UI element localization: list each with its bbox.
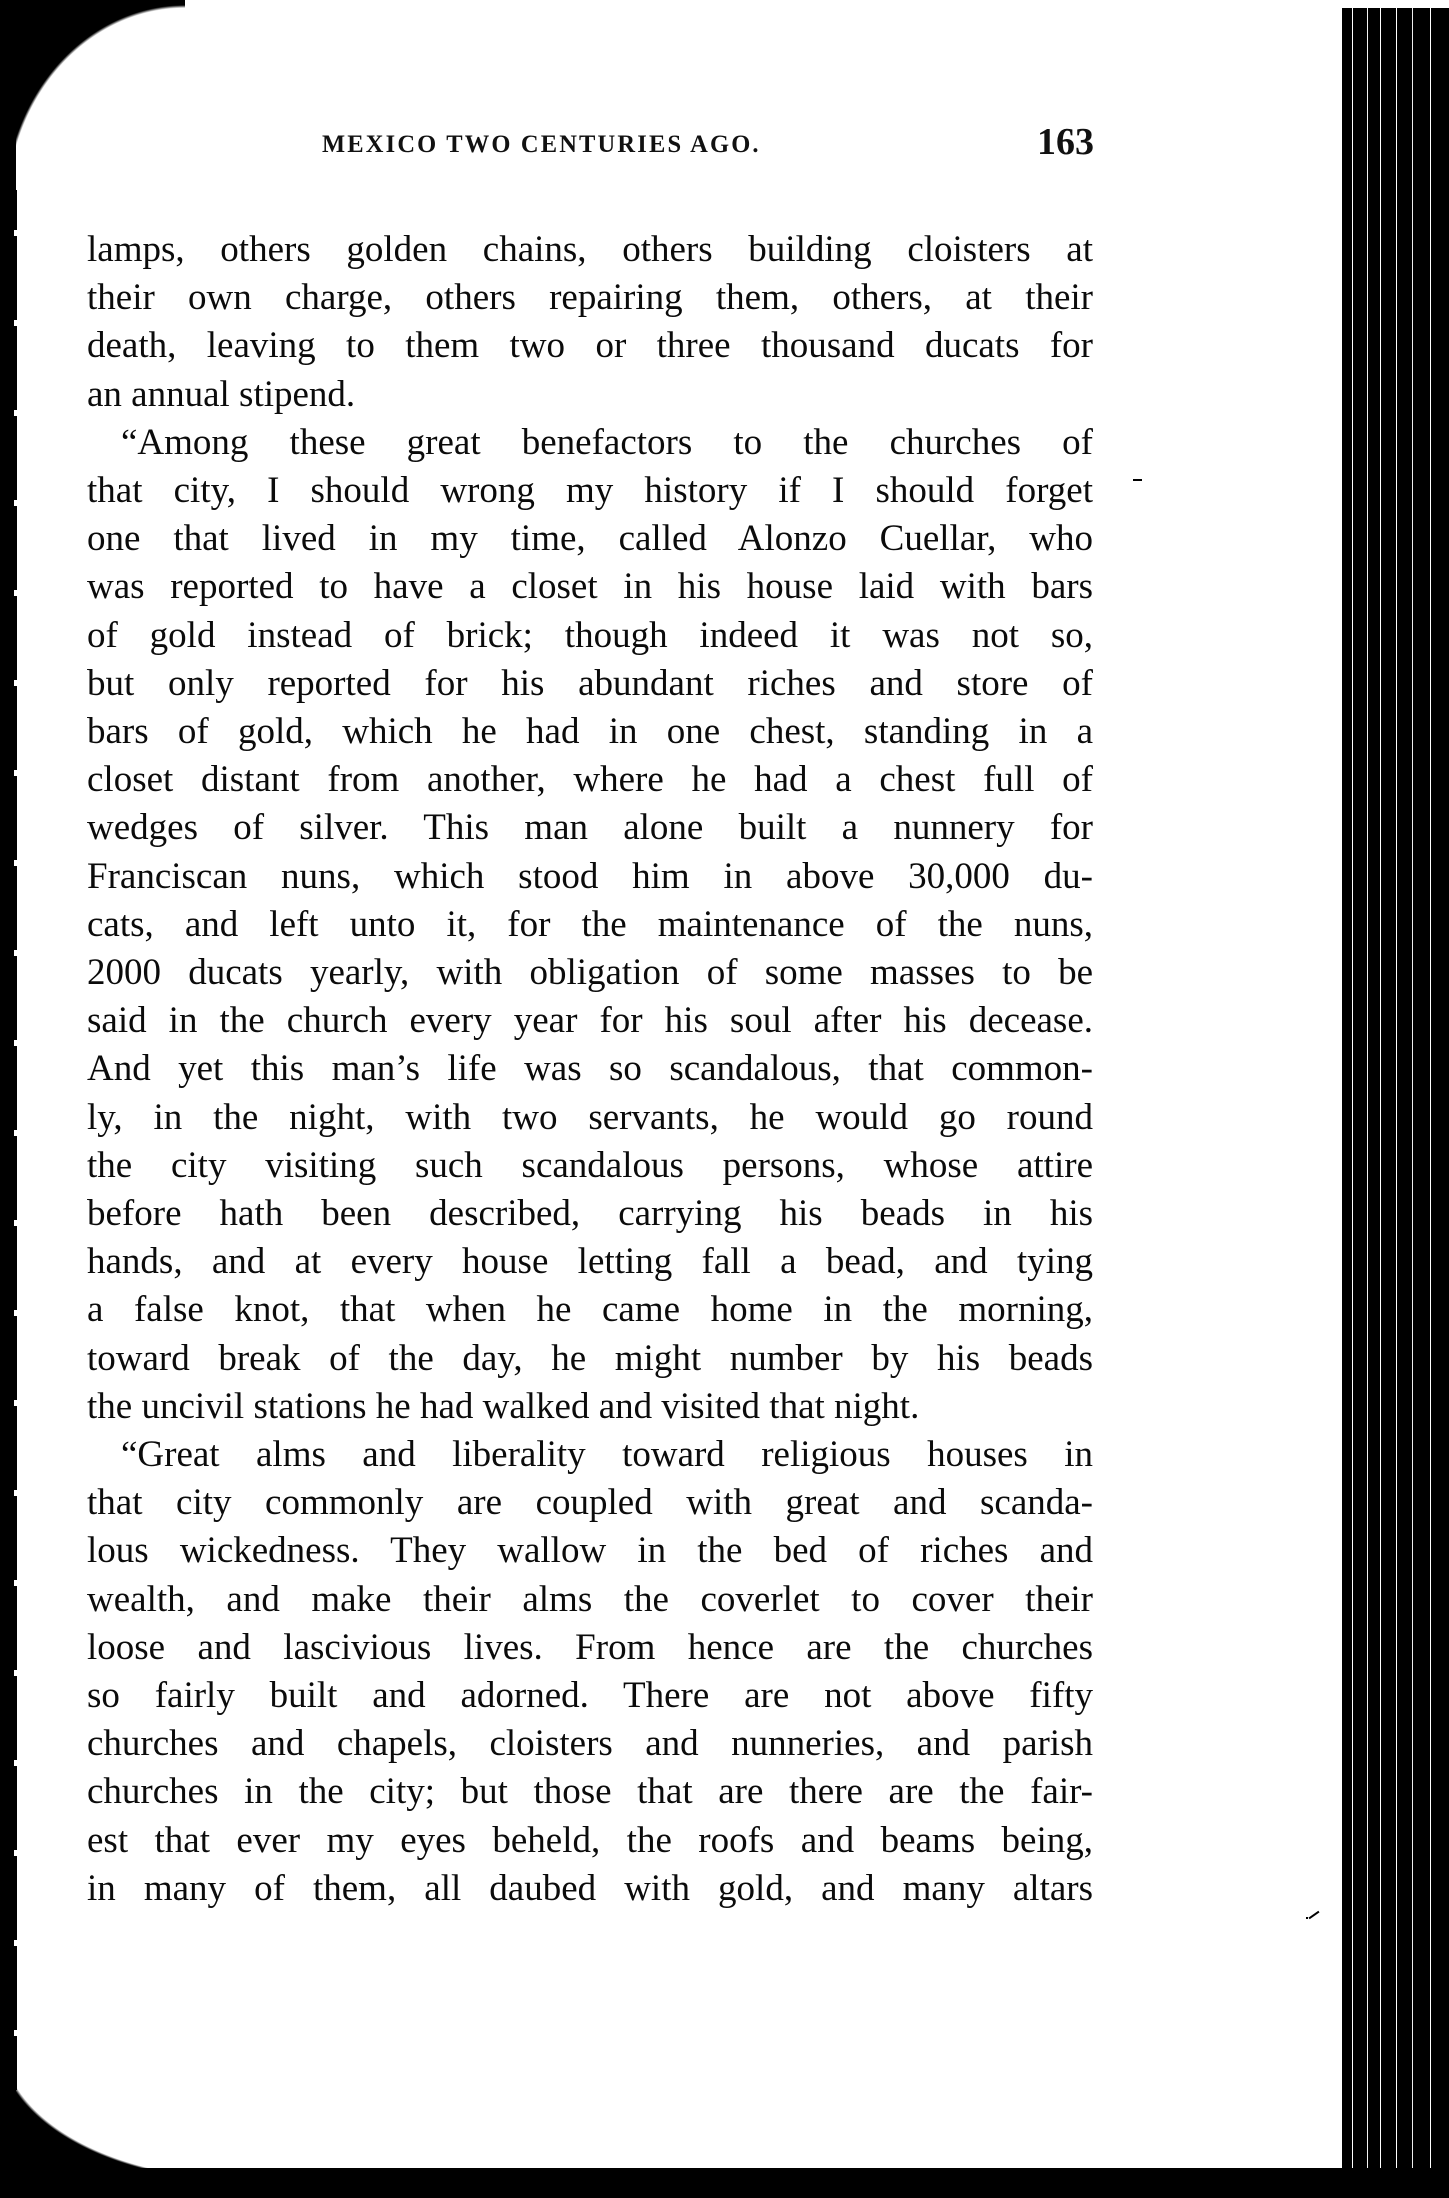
text-line: said in the church every year for his so… (87, 997, 1093, 1045)
stray-slash-mark (1309, 1911, 1320, 1920)
text-line: one that lived in my time, called Alonzo… (87, 515, 1093, 563)
text-line: wedges of silver. This man alone built a… (87, 804, 1093, 852)
text-line: was reported to have a closet in his hou… (87, 563, 1093, 611)
text-line: closet distant from another, where he ha… (87, 756, 1093, 804)
text-line: bars of gold, which he had in one chest,… (87, 708, 1093, 756)
running-head-title: MEXICO TWO CENTURIES AGO. (322, 131, 761, 159)
text-line: lous wickedness. They wallow in the bed … (87, 1527, 1093, 1575)
text-line: the uncivil stations he had walked and v… (87, 1383, 1093, 1431)
text-line: “Great alms and liberality toward religi… (87, 1431, 1093, 1479)
text-line: that city commonly are coupled with grea… (87, 1479, 1093, 1527)
text-line: before hath been described, carrying his… (87, 1190, 1093, 1238)
text-line: the city visiting such scandalous person… (87, 1142, 1093, 1190)
text-line: but only reported for his abundant riche… (87, 660, 1093, 708)
text-line: est that ever my eyes beheld, the roofs … (87, 1817, 1093, 1865)
text-line: so fairly built and adorned. There are n… (87, 1672, 1093, 1720)
text-line: toward break of the day, he might number… (87, 1335, 1093, 1383)
stray-mark (1306, 1917, 1307, 1918)
scan-shadow-top-left (0, 0, 185, 210)
text-line: a false knot, that when he came home in … (87, 1286, 1093, 1334)
stray-mark (1133, 479, 1142, 481)
text-line: ly, in the night, with two servants, he … (87, 1094, 1093, 1142)
text-line: of gold instead of brick; though indeed … (87, 612, 1093, 660)
text-line: “Among these great benefactors to the ch… (87, 419, 1093, 467)
text-line: in many of them, all daubed with gold, a… (87, 1865, 1093, 1913)
text-line: churches in the city; but those that are… (87, 1768, 1093, 1816)
text-line: an annual stipend. (87, 371, 1093, 419)
text-line: their own charge, others repairing them,… (87, 274, 1093, 322)
text-line: 2000 ducats yearly, with obligation of s… (87, 949, 1093, 997)
scan-shadow-top (85, 0, 185, 2)
book-page: MEXICO TWO CENTURIES AGO. 163 lamps, oth… (0, 0, 1449, 2198)
text-line: lamps, others golden chains, others buil… (87, 226, 1093, 274)
text-line: hands, and at every house letting fall a… (87, 1238, 1093, 1286)
text-line: death, leaving to them two or three thou… (87, 322, 1093, 370)
text-line: And yet this man’s life was so scandalou… (87, 1045, 1093, 1093)
text-line: wealth, and make their alms the coverlet… (87, 1576, 1093, 1624)
text-line: that city, I should wrong my history if … (87, 467, 1093, 515)
text-line: loose and lascivious lives. From hence a… (87, 1624, 1093, 1672)
text-line: churches and chapels, cloisters and nunn… (87, 1720, 1093, 1768)
text-line: Franciscan nuns, which stood him in abov… (87, 853, 1093, 901)
scan-shadow-left-edge-detail (14, 190, 17, 2090)
scan-shadow-bottom-left (0, 2040, 240, 2180)
page-number: 163 (1022, 120, 1094, 164)
text-line: cats, and left unto it, for the maintena… (87, 901, 1093, 949)
scan-shadow-bottom (0, 2168, 1449, 2198)
page-stack-edge-right (1342, 8, 1449, 2198)
